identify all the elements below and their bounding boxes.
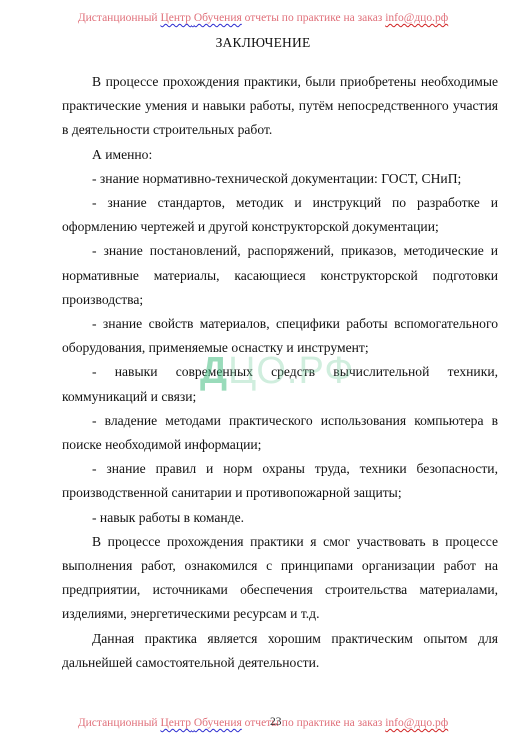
header-text: Дистанционный: [78, 12, 161, 24]
list-item: - знание свойств материалов, специфики р…: [62, 312, 498, 360]
footer-text: Дистанционный: [78, 717, 161, 729]
list-item: - знание стандартов, методик и инструкци…: [62, 191, 498, 239]
footer-text-underlined: Обучения: [194, 717, 242, 729]
list-item: - владение методами практического исполь…: [62, 409, 498, 457]
page-number: 23: [270, 716, 282, 728]
header-text-underlined: Центр: [160, 12, 190, 24]
footer-email-link[interactable]: info@дцо.рф: [385, 717, 448, 729]
page-header: Дистанционный Центр Обучения отчеты по п…: [0, 12, 526, 24]
header-text-underlined: Обучения: [194, 12, 242, 24]
list-item: - знание нормативно-технической документ…: [62, 167, 498, 191]
paragraph: А именно:: [62, 143, 498, 167]
paragraph: В процессе прохождения практики, были пр…: [62, 70, 498, 143]
list-item: - знание правил и норм охраны труда, тех…: [62, 457, 498, 505]
page-title: ЗАКЛЮЧЕНИЕ: [0, 35, 526, 51]
paragraph: Данная практика является хорошим практич…: [62, 627, 498, 675]
header-email-link[interactable]: info@дцо.рф: [385, 12, 448, 24]
list-item: - навыки современных средств вычислитель…: [62, 360, 498, 408]
list-item: - знание постановлений, распоряжений, пр…: [62, 239, 498, 312]
paragraph: В процессе прохождения практики я смог у…: [62, 530, 498, 627]
list-item: - навык работы в команде.: [62, 506, 498, 530]
header-text: отчеты по практике на заказ: [242, 12, 385, 24]
page-footer: Дистанционный Центр Обучения отчеты по п…: [0, 717, 526, 729]
footer-text: отчеты по практике на заказ: [242, 717, 385, 729]
document-body: В процессе прохождения практики, были пр…: [62, 70, 498, 675]
footer-text-underlined: Центр: [160, 717, 190, 729]
